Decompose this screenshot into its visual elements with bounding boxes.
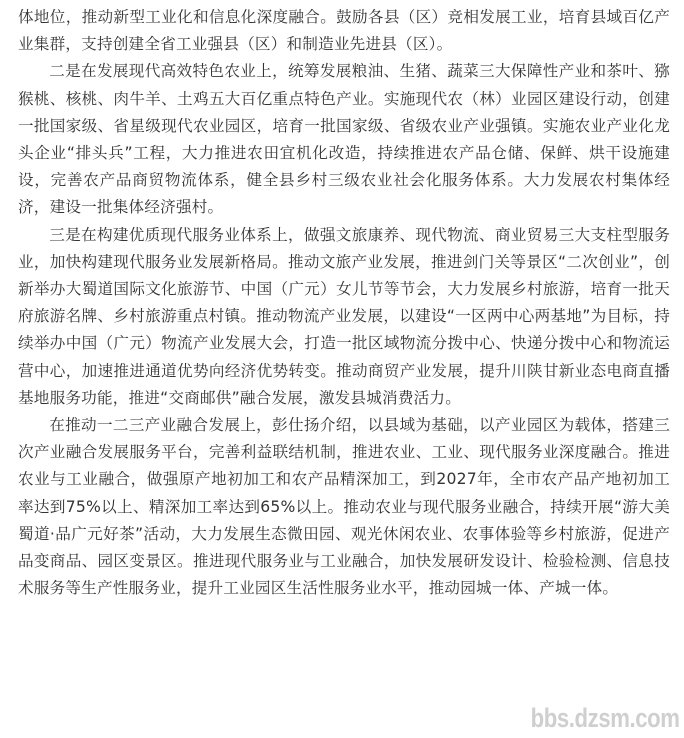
- article-paragraph-agriculture: 二是在发展现代高效特色农业上，统筹发展粮油、生猪、蔬菜三大保障性产业和茶叶、猕猴…: [18, 58, 670, 221]
- article-paragraph-services: 三是在构建优质现代服务业体系上，做强文旅康养、现代物流、商业贸易三大支柱型服务业…: [18, 222, 670, 412]
- article-paragraph-1: 体地位，推动新型工业化和信息化深度融合。鼓励各县（区）竞相发展工业，培育县域百亿…: [18, 4, 670, 58]
- article-paragraph-integration: 在推动一二三产业融合发展上，彭仕扬介绍，以县域为基础，以产业园区为载体，搭建三次…: [18, 412, 670, 602]
- article-body: 体地位，推动新型工业化和信息化深度融合。鼓励各县（区）竞相发展工业，培育县域百亿…: [18, 4, 670, 602]
- site-watermark: bbs.dzsm.com: [531, 703, 680, 734]
